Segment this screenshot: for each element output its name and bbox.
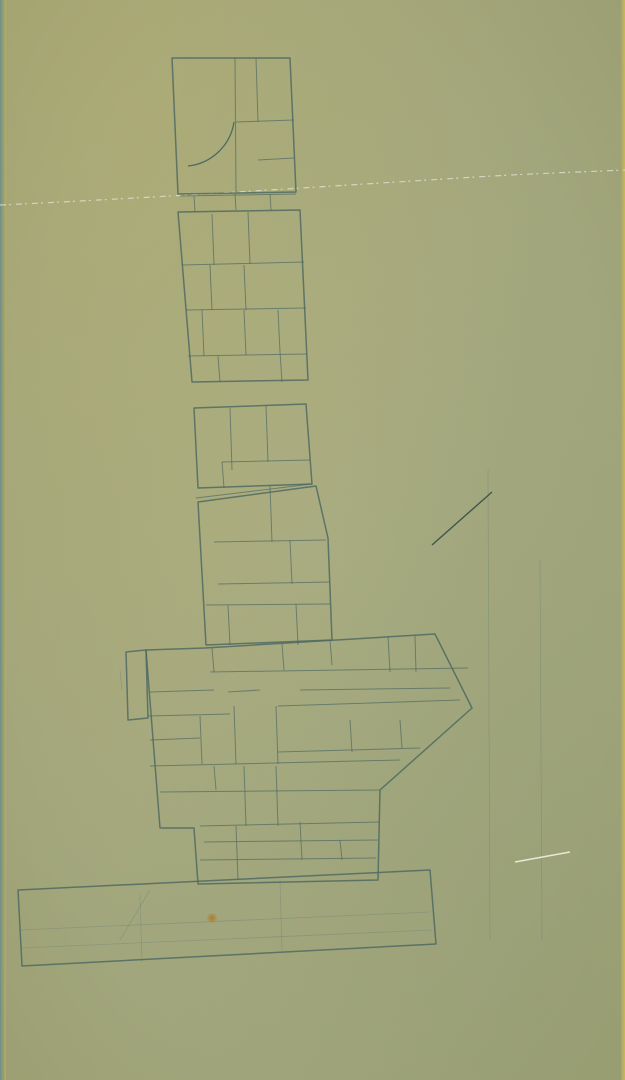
faint-guide-line <box>22 930 432 948</box>
outline-bottom-strip <box>18 870 436 966</box>
partition-line <box>210 265 212 310</box>
partition-line <box>214 766 216 790</box>
partition-line <box>266 406 268 462</box>
outline-side-stub <box>126 650 148 720</box>
partition-line <box>150 760 400 766</box>
partition-line <box>202 310 204 356</box>
faint-guide-line <box>280 880 282 950</box>
outline-lower-tower <box>198 486 332 645</box>
partition-line <box>244 265 246 310</box>
partition-line <box>200 716 202 764</box>
outline-main-wing <box>146 634 472 884</box>
partition-line <box>276 766 278 826</box>
partition-line <box>236 826 238 880</box>
partition-line <box>270 486 272 542</box>
partition-line <box>350 720 352 752</box>
crease-tear-mark <box>515 852 570 862</box>
partition-line <box>148 714 230 716</box>
partition-line <box>282 644 284 670</box>
partition-line <box>200 822 380 826</box>
partition-line <box>204 840 378 842</box>
partition-line <box>236 120 294 122</box>
outline-top-block <box>172 58 296 194</box>
partition-line <box>296 604 298 645</box>
outline-mid-tower <box>194 404 312 488</box>
partition-line <box>244 766 246 826</box>
scanned-drawing-sheet <box>0 0 625 1080</box>
faint-guide-line <box>540 560 542 940</box>
partition-line <box>218 582 330 584</box>
partition-line <box>280 352 282 382</box>
faint-guide-line <box>120 670 122 690</box>
paper-fold-crease <box>0 170 625 205</box>
partition-line <box>230 408 232 470</box>
partition-line <box>400 720 402 748</box>
partition-line <box>210 668 468 672</box>
partition-line <box>200 858 376 860</box>
faint-guide-line <box>20 912 430 930</box>
faint-guide-line <box>488 470 490 940</box>
partition-line <box>222 460 310 462</box>
partition-line <box>228 690 260 692</box>
partition-line <box>248 212 250 264</box>
partition-line <box>290 540 292 584</box>
partition-line <box>206 604 330 605</box>
partition-line <box>270 194 271 210</box>
partition-line <box>276 706 278 764</box>
partition-line <box>278 310 280 352</box>
partition-line <box>160 790 380 792</box>
partition-line <box>218 356 220 382</box>
partition-line <box>188 354 306 356</box>
partition-line <box>258 158 294 160</box>
floor-plan-drawing <box>0 0 625 1080</box>
partition-line <box>235 58 236 192</box>
partition-line <box>340 840 342 860</box>
partition-line <box>182 262 304 265</box>
partition-line <box>388 636 390 672</box>
partition-line <box>150 690 214 692</box>
partition-line <box>228 605 230 645</box>
partition-line <box>214 540 326 542</box>
pencil-stroke-mark <box>432 492 492 545</box>
partition-line <box>300 688 450 690</box>
partition-line <box>150 738 200 740</box>
partition-line <box>212 214 214 265</box>
partition-line <box>244 310 246 355</box>
partition-line <box>330 640 332 665</box>
partition-line <box>194 196 195 212</box>
partition-line <box>234 706 236 764</box>
partition-line <box>235 194 236 210</box>
building-outlines <box>18 58 472 966</box>
partition-line <box>212 648 214 672</box>
partition-line <box>256 58 258 122</box>
orange-stain <box>207 913 217 923</box>
partition-line <box>415 636 416 672</box>
faint-guide-line <box>120 890 150 940</box>
door-swing-arc <box>188 122 234 166</box>
partition-line <box>278 700 460 706</box>
partition-line <box>278 748 420 752</box>
partition-line <box>222 462 224 488</box>
room-partition-lines <box>148 58 468 880</box>
